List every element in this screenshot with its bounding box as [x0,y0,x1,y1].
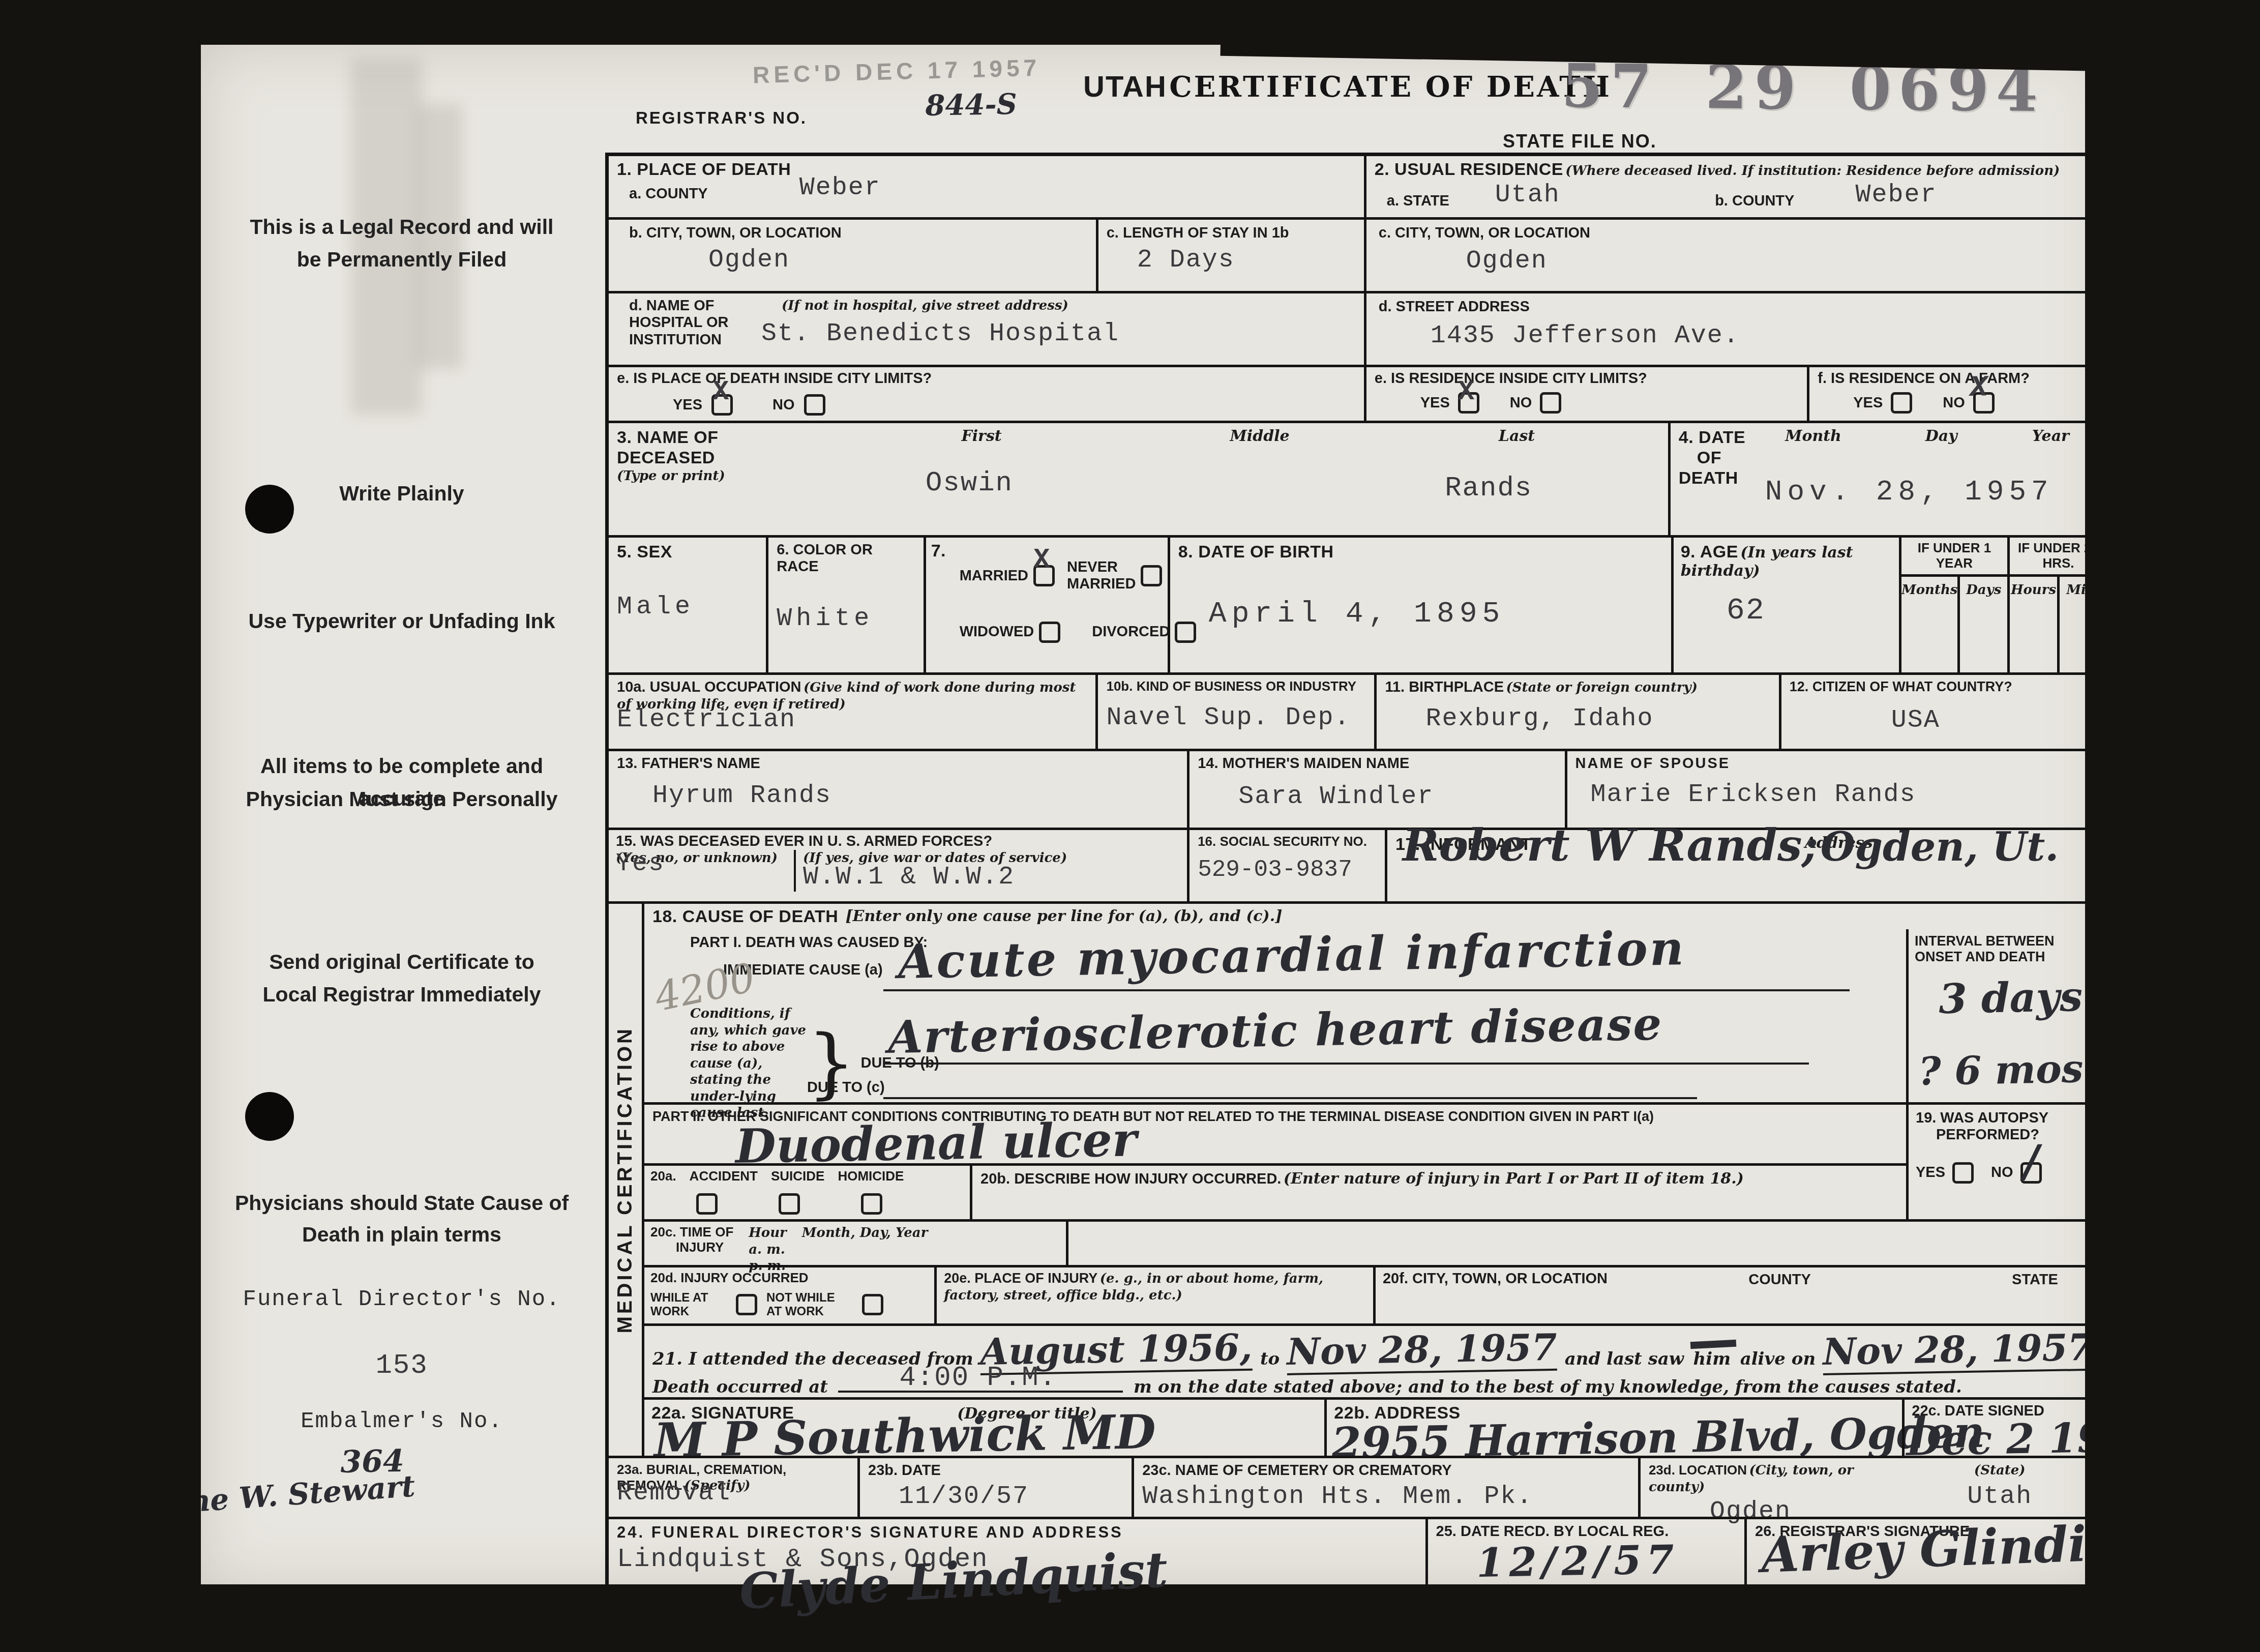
s10b-label: 10b. KIND OF BUSINESS OR INDUSTRY [1106,679,1366,694]
s2e-yes-label: YES [1420,395,1450,411]
s1d-value: St. Benedicts Hospital [761,319,1119,348]
embalmers-no-label: Embalmer's No. [219,1409,585,1434]
section-22a-signature: 22a. SIGNATURE (Degree or title) M P Sou… [644,1400,1324,1458]
s19-yes-label: YES [1916,1164,1945,1181]
s21-time-value: 4:00 P.M. [899,1363,1057,1394]
title-state: UTAH [1083,70,1167,103]
section-6-race: 6. COLOR OR RACE White [766,538,923,672]
s2e-no-label: NO [1510,395,1532,411]
s7-married-checkbox: X [1033,565,1055,586]
s21-alive-on: alive on [1740,1349,1816,1369]
section-11-birthplace: 11. BIRTHPLACE (State or foreign country… [1374,675,1778,749]
title-main: CERTIFICATE OF DEATH [1169,70,1612,104]
section-25-date-received: 25. DATE RECD. BY LOCAL REG. 12/2/57 [1425,1519,1744,1585]
s9-value: 62 [1727,594,1892,628]
row-parents: 13. FATHER'S NAME Hyrum Rands 14. MOTHER… [609,749,2107,828]
s2b-label: b. COUNTY [1715,193,1794,210]
s2a-label: a. STATE [1387,193,1449,210]
interval-a-value: 3 days [1938,972,2083,1023]
s2a-value: Utah [1495,181,1560,210]
section-2-usual-residence: 2. USUAL RESIDENCE (Where deceased lived… [1364,156,2107,421]
punch-hole [245,1092,294,1141]
s23b-label: 23b. DATE [868,1462,1123,1479]
s16-label: 16. SOCIAL SECURITY NO. [1198,834,1377,849]
s19-yes-checkbox [1952,1162,1974,1184]
s8-label: 8. DATE OF BIRTH [1178,542,1663,562]
part1-block: PART I. DEATH WAS CAUSED BY: IMMEDIATE C… [644,929,2107,1102]
section-5-sex: 5. SEX Male [609,538,766,672]
s23d-state-value: Utah [1901,1482,2099,1511]
s23b-value: 11/30/57 [899,1482,1123,1511]
s1b-value: Ogden [708,246,1088,275]
s3-note: (Type or print) [617,468,764,485]
s4-value: Nov. 28, 1957 [1765,476,2054,508]
section-20b: 20b. DESCRIBE HOW INJURY OCCURRED. (Ente… [972,1166,1906,1222]
section-15-armed-forces: 15. WAS DECEASED EVER IN U. S. ARMED FOR… [609,830,1187,901]
part2-value: Duodenal ulcer [735,1112,1137,1174]
s19-no-mark: / [2023,1135,2039,1187]
s17-name-value: Robert W Rands; [1403,820,1818,871]
s20f-label: 20f. CITY, TOWN, OR LOCATION [1383,1271,1608,1287]
s20c-label-2: INJURY [676,1240,733,1255]
section-20f: 20f. CITY, TOWN, OR LOCATION COUNTY STAT… [1376,1267,2107,1323]
s24-label: 24. FUNERAL DIRECTOR'S SIGNATURE AND ADD… [617,1523,1417,1542]
s7-never-label: NEVER MARRIED [1067,559,1136,593]
s2d-value: 1435 Jefferson Ave. [1431,321,2099,350]
s7-num: 7. [931,541,946,561]
interval-b-value: ? 6 mos [1918,1046,2084,1094]
s3-last-value: Rands [1445,473,1532,504]
s10a-value: Electrician [617,705,1087,734]
s2b-value: Weber [1855,181,1937,210]
s2e-yes-checkbox: X [1458,392,1479,414]
s14-label: 14. MOTHER'S MAIDEN NAME [1198,755,1556,772]
certificate-form: 1. PLACE OF DEATH a. COUNTY Weber b. CIT… [605,153,2110,1589]
s4-month-header: Month [1785,427,1841,446]
s21-to-word: to [1260,1349,1280,1369]
s1d-note: (If not in hospital, give street address… [782,298,1119,314]
section-22b-address: 22b. ADDRESS 2955 Harrison Blvd, Ogden [1324,1400,1902,1458]
received-date-stamp: REC'D DEC 17 1957 [752,54,1040,89]
due-to-c-label: DUE TO (c) [807,1079,885,1096]
section-14-mother: 14. MOTHER'S MAIDEN NAME Sara Windler [1187,751,1564,828]
s1a-label: a. COUNTY [629,186,708,202]
s2-title-note: (Where deceased lived. If institution: R… [1565,163,2060,179]
s20a-accident-checkbox [696,1193,718,1215]
s2e-yes-mark: X [1458,377,1474,408]
sidebar-legal-record: This is a Legal Record and will be Perma… [244,211,559,276]
s21-death-at: Death occurred at [652,1377,828,1397]
s3-first-header: First [961,427,1001,446]
s2f-no-mark: X [1970,372,1988,405]
s6-value: White [777,604,915,633]
s19-label-2: PERFORMED? [1936,1127,2100,1143]
section-21-attendance: 21. I attended the deceased from August … [644,1323,2107,1397]
scan-edge-right [2085,0,2260,1652]
registrars-no-value: 844-S [925,87,1018,123]
s9-hours-header: Hours [2010,577,2057,672]
s11-value: Rexburg, Idaho [1425,704,1770,733]
s3-middle-header: Middle [1230,427,1290,446]
section-4-date-of-death: 4. DATE OF DEATH Month Day Year Nov. 28,… [1668,423,2107,535]
medical-certification-label: MEDICAL CERTIFICATION [614,1026,637,1334]
row-name-dod: 3. NAME OF DECEASED (Type or print) Firs… [609,421,2107,535]
part1-label: PART I. DEATH WAS CAUSED BY: [690,934,928,951]
s2d-label: d. STREET ADDRESS [1379,299,2099,315]
section-1-place-of-death: 1. PLACE OF DEATH a. COUNTY Weber b. CIT… [609,156,1364,421]
section-9-age: 9. AGE (In years last birthday) 62 IF UN… [1671,538,2107,672]
s1e-no-checkbox [804,394,825,416]
s19-no-checkbox: / [2020,1162,2042,1184]
s14-value: Sara Windler [1238,782,1556,811]
s4-label-1: 4. DATE [1679,427,1765,448]
s11-label: 11. BIRTHPLACE [1385,679,1504,695]
row-occupation: 10a. USUAL OCCUPATION (Give kind of work… [609,672,2107,749]
s20e-label: 20e. PLACE OF INJURY [944,1271,1097,1286]
section-spouse: NAME OF SPOUSE Marie Ericksen Rands [1565,751,2107,828]
s18-label: 18. CAUSE OF DEATH [652,906,838,927]
section-24-funeral-director: 24. FUNERAL DIRECTOR'S SIGNATURE AND ADD… [609,1519,1425,1585]
s2c-value: Ogden [1466,247,2099,276]
s21-last-saw: and last saw [1565,1349,1684,1369]
s13-value: Hyrum Rands [652,781,1179,810]
cause-b-value: Arteriosclerotic heart disease [887,997,1663,1064]
s2e-no-checkbox [1540,392,1561,414]
registrars-no-label: REGISTRAR'S NO. [636,108,807,128]
s16-value: 529-03-9837 [1198,857,1377,883]
s1c-label: c. LENGTH OF STAY IN 1b [1107,225,1289,241]
s1c-value: 2 Days [1137,246,1356,275]
row-registration: 24. FUNERAL DIRECTOR'S SIGNATURE AND ADD… [609,1517,2107,1585]
section-20d: 20d. INJURY OCCURRED WHILE AT WORK NOT W… [644,1267,937,1323]
s1e-yes-label: YES [673,397,702,414]
s20c-am: a. m. [749,1242,787,1258]
s9-under1-label: IF UNDER 1 YEAR [1901,538,2007,577]
section-16-ssn: 16. SOCIAL SECURITY NO. 529-03-9837 [1187,830,1385,901]
s3-last-header: Last [1499,427,1535,446]
s20c-label-1: 20c. TIME OF [650,1225,733,1240]
s2e-label: e. IS RESIDENCE INSIDE CITY LIMITS? [1375,370,1647,387]
s5-label: 5. SEX [617,542,758,562]
sidebar-use-typewriter: Use Typewriter or Unfading Ink [229,605,575,638]
s2c-label: c. CITY, TOWN, OR LOCATION [1379,225,2099,242]
s8-value: April 4, 1895 [1209,598,1663,631]
part2-block: PART II. OTHER SIGNIFICANT CONDITIONS CO… [644,1102,2107,1219]
sidebar-write-plainly: Write Plainly [244,482,559,506]
section-22c-date-signed: 22c. DATE SIGNED Dec 2 1957 [1902,1400,2107,1458]
section-3-name: 3. NAME OF DECEASED (Type or print) Firs… [609,423,1668,535]
conditions-note: Conditions, if any, which gave rise to a… [690,1006,807,1122]
section-8-dob: 8. DATE OF BIRTH April 4, 1895 [1168,538,1671,672]
row-service-informant: 15. WAS DECEASED EVER IN U. S. ARMED FOR… [609,828,2107,901]
section-20c: 20c. TIME OF INJURY Hour a. m. p. m. Mon… [644,1222,1068,1265]
state-file-label: STATE FILE NO. [1503,131,1657,152]
s20a-suicide-checkbox [779,1193,800,1215]
s23d-state-note: (State) [1901,1462,2099,1479]
s2-title: 2. USUAL RESIDENCE [1375,160,1563,179]
sidebar-physician-sign: Physician Must sign Personally [244,783,559,816]
cause-a-value: Acute myocardial infarction [898,921,1686,989]
s4-year-header: Year [2032,427,2069,446]
s20f-state-header: STATE [2012,1272,2058,1288]
s4-label-2: OF [1697,448,1765,468]
section-12-citizen: 12. CITIZEN OF WHAT COUNTRY? USA [1779,675,2107,749]
s12-value: USA [1891,706,2099,735]
section-19-autopsy: 19. WAS AUTOPSY PERFORMED? YES NO / [1906,1105,2107,1219]
section-17-informant: 17. INFORMANT Address Robert W Rands; Og… [1385,830,2107,901]
section-7-marital: 7. MARRIED X NEVER MARRIED WIDOWED DIVOR… [924,538,1168,672]
section-26-registrar: 26. REGISTRAR'S SIGNATURE Arley Glindin … [1744,1519,2107,1585]
cause-b-line [883,1063,1809,1065]
s18-note: [Enter only one cause per line for (a), … [845,907,1282,926]
s17-signature: Robert W Rands; Ogden, Ut. [1403,820,2059,871]
s2f-label: f. IS RESIDENCE ON A FARM? [1818,370,2030,387]
sidebar-plain-terms: Physicians should State Cause of Death i… [219,1188,585,1250]
section-20a: 20a. ACCIDENT SUICIDE HOMICIDE [644,1166,972,1222]
s20d-notwhile-checkbox [862,1294,883,1315]
s7-divorced-label: DIVORCED [1092,624,1170,640]
s9-days-header: Days [1957,577,2007,672]
s10b-value: Navel Sup. Dep. [1106,703,1366,732]
s5-value: Male [617,593,758,622]
s9-months-header: Months [1901,577,1958,672]
s21-him: him [1693,1349,1731,1369]
s2f-yes-checkbox [1891,392,1912,414]
s13-label: 13. FATHER'S NAME [617,755,1179,772]
s7-never-checkbox [1141,565,1162,586]
s1e-yes-mark: X [712,377,729,408]
s3-label: 3. NAME OF DECEASED [617,427,764,468]
s15-value2: W.W.1 & W.W.2 [803,863,1180,892]
row-medical-certification: MEDICAL CERTIFICATION 18. CAUSE OF DEATH… [609,901,2107,1456]
interval-label: INTERVAL BETWEEN ONSET AND DEATH [1915,933,2101,965]
s9-label: 9. AGE [1681,542,1738,562]
s2f-no-checkbox: X [1973,392,1995,414]
sidebar-send-original: Send original Certificate to Local Regis… [244,946,559,1011]
s25-value: 12/2/57 [1476,1536,1736,1586]
s23c-label: 23c. NAME OF CEMETERY OR CREMATORY [1142,1462,1630,1479]
s10a-label: 10a. USUAL OCCUPATION [617,679,801,695]
s20d-while-checkbox [736,1294,757,1315]
s11-note: (State or foreign country) [1506,680,1698,695]
s7-married-label: MARRIED [960,568,1028,584]
page-title: UTAH CERTIFICATE OF DEATH [1083,70,1612,104]
s12-label: 12. CITIZEN OF WHAT COUNTRY? [1790,679,2099,695]
s6-label: 6. COLOR OR RACE [777,542,915,576]
s20c-hour-header: Hour [749,1225,787,1242]
s1e-no-label: NO [772,397,795,414]
scan-edge-left [0,0,201,1652]
medical-certification-body: 18. CAUSE OF DEATH [Enter only one cause… [642,904,2107,1456]
s17-address-value: Ogden, Ut. [1821,824,2059,870]
s1a-value: Weber [799,173,881,202]
s3-first-value: Oswin [926,468,1013,499]
cause-a-line [883,989,1850,991]
section-13-father: 13. FATHER'S NAME Hyrum Rands [609,751,1187,828]
strikeout-scribble [1690,1340,1736,1349]
s19-label-1: 19. WAS AUTOPSY [1916,1110,2100,1127]
section-23c-cemetery: 23c. NAME OF CEMETERY OR CREMATORY Washi… [1132,1458,1638,1517]
funeral-directors-no-value: 153 [219,1350,585,1381]
row-demographics: 5. SEX Male 6. COLOR OR RACE White 7. MA… [609,535,2107,672]
s20d-label: 20d. INJURY OCCURRED [650,1271,928,1286]
s1d-label: d. NAME OF HOSPITAL OR INSTITUTION [629,298,782,361]
section-10b-industry: 10b. KIND OF BUSINESS OR INDUSTRY Navel … [1095,675,1374,749]
s4-day-header: Day [1925,427,1957,446]
row-place-residence: 1. PLACE OF DEATH a. COUNTY Weber b. CIT… [609,156,2107,421]
section-23d-location: 23d. LOCATION (City, town, or county) Og… [1638,1458,2107,1517]
spouse-value: Marie Ericksen Rands [1591,780,2099,809]
cause-c-line [883,1097,1697,1099]
row-burial: 23a. BURIAL, CREMATION, REMOVAL (Specify… [609,1456,2107,1517]
s20b-note: (Enter nature of injury in Part I or Par… [1284,1170,1744,1188]
section-10a-occupation: 10a. USUAL OCCUPATION (Give kind of work… [609,675,1095,749]
s21-alive-value: Nov 28, 1957 [1822,1325,2093,1375]
s20c-mdy-header: Month, Day, Year [802,1225,928,1262]
s7-widowed-checkbox [1039,622,1060,643]
section-23a-burial: 23a. BURIAL, CREMATION, REMOVAL (Specify… [609,1458,857,1517]
s21-to-value: Nov 28, 1957 [1286,1325,1557,1375]
s20b-label: 20b. DESCRIBE HOW INJURY OCCURRED. [980,1171,1281,1187]
medical-certification-strip: MEDICAL CERTIFICATION [609,904,642,1456]
s20d-while-label: WHILE AT WORK [650,1291,727,1319]
s2f-yes-label: YES [1853,395,1883,411]
section-20e: 20e. PLACE OF INJURY (e. g., in or about… [937,1267,1376,1323]
s23d-label: 23d. LOCATION [1649,1462,1747,1478]
s7-widowed-label: WIDOWED [960,624,1034,640]
s7-married-mark: X [1033,545,1050,576]
s2f-no-label: NO [1943,395,1965,411]
s15-label: 15. WAS DECEASED EVER IN U. S. ARMED FOR… [609,830,1187,850]
certificate-scan: REC'D DEC 17 1957 844-S REGISTRAR'S NO. … [198,43,2110,1592]
spouse-label: NAME OF SPOUSE [1575,755,2099,772]
s1e-yes-checkbox: X [711,394,733,416]
s1b-label: b. CITY, TOWN, OR LOCATION [629,225,842,241]
s20a-num: 20a. [650,1169,676,1184]
s4-label-3: DEATH [1679,468,1765,488]
section-23b-date: 23b. DATE 11/30/57 [857,1458,1132,1517]
s20d-notwhile-label: NOT WHILE AT WORK [766,1291,853,1319]
s23c-value: Washington Hts. Mem. Pk. [1142,1482,1630,1511]
s21-tail: m on the date stated above; and to the b… [1134,1377,1962,1397]
funeral-directors-no-label: Funeral Director's No. [219,1287,585,1312]
s20f-county-header: COUNTY [1748,1272,1810,1288]
s19-no-label: NO [1991,1164,2013,1181]
s20a-homicide-checkbox [861,1193,882,1215]
